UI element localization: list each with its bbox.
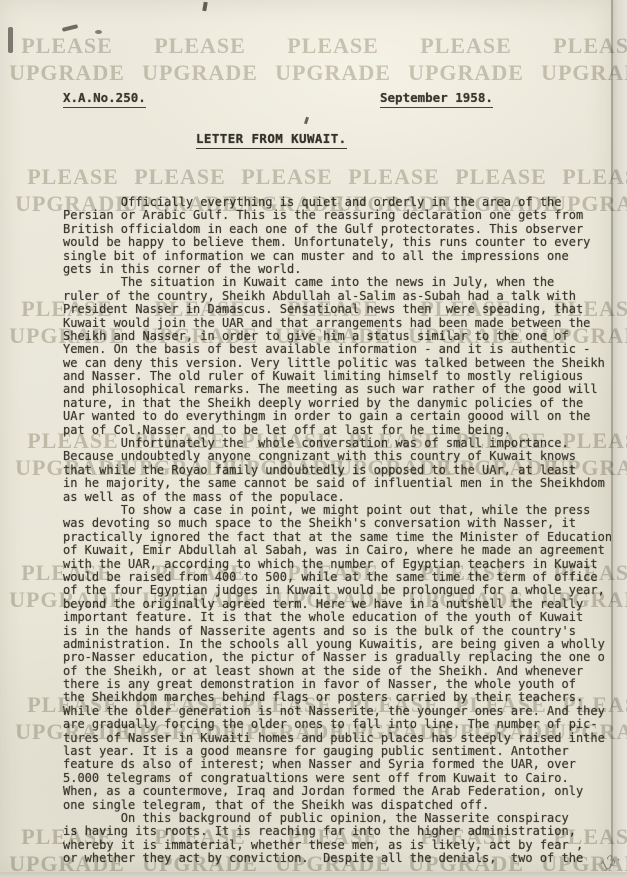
text-line: feature ds also of interest; when Nasser… bbox=[63, 758, 613, 771]
ink-dash-mark bbox=[62, 24, 78, 32]
text-line: is having its roots. It is reaching far … bbox=[63, 825, 613, 838]
stray-type-mark bbox=[304, 117, 309, 125]
text-line: is in the hands of Nasserite agents and … bbox=[63, 625, 613, 638]
text-line: Yemen. On the basis of best available in… bbox=[63, 343, 613, 356]
text-line: President Nasser in Damascus. Sensationa… bbox=[63, 303, 613, 316]
text-line: or whether they act by conviction. Despi… bbox=[63, 852, 613, 865]
document-body: Officially everything is quiet and order… bbox=[63, 196, 613, 866]
ink-smudge-mark bbox=[8, 27, 13, 53]
ink-dot-mark bbox=[95, 30, 102, 34]
text-line: as well as of the mass of the populace. bbox=[63, 491, 613, 504]
text-line: Kuwait would join the UAR and that arran… bbox=[63, 317, 613, 330]
title-row: LETTER FROM KUWAIT. bbox=[0, 131, 613, 149]
text-line: Persian or Arabic Gulf. This is the reas… bbox=[63, 209, 613, 222]
text-line: When, as a countermove, Iraq and Jordan … bbox=[63, 785, 613, 798]
text-line: would be happy to believe them. Unfortun… bbox=[63, 236, 613, 249]
text-line: was devoting so much space to the Sheikh… bbox=[63, 517, 613, 530]
text-line: of the four Egyptian judges in Kuwait wo… bbox=[63, 584, 613, 597]
text-line: pro-Nasser education, the pictur of Nass… bbox=[63, 651, 613, 664]
text-line: are gradually forcing the older ones to … bbox=[63, 718, 613, 731]
text-line: in he majority, the same cannot be said … bbox=[63, 477, 613, 490]
text-line: The situation in Kuwait came into the ne… bbox=[63, 276, 613, 289]
scanned-letter-page: { "page": { "ref_number": "X.A.No.250.",… bbox=[0, 0, 627, 878]
edge-speck-mark bbox=[202, 2, 208, 12]
text-line: tures of Nasser in Kuwaiti homes and pub… bbox=[63, 732, 613, 745]
scan-backing-bottom-edge bbox=[0, 872, 627, 878]
document-header: X.A.No.250. September 1958. bbox=[0, 90, 613, 108]
text-line: Because undoubtedly anyone congnizant wi… bbox=[63, 450, 613, 463]
text-line: and philosophical remarks. The meeting a… bbox=[63, 383, 613, 396]
document-title: LETTER FROM KUWAIT. bbox=[196, 131, 347, 149]
text-line: single bit of information we can muster … bbox=[63, 250, 613, 263]
document-date: September 1958. bbox=[380, 90, 493, 108]
scan-backing-right-edge bbox=[613, 0, 627, 878]
reference-number: X.A.No.250. bbox=[63, 90, 146, 108]
document-paper: X.A.No.250. September 1958. LETTER FROM … bbox=[0, 0, 613, 871]
text-line: of Kuwait, Emir Abdullah al Sabah, was i… bbox=[63, 544, 613, 557]
text-line: important feature. It is that the whole … bbox=[63, 611, 613, 624]
text-line: UAr wanted to do everythingm in order to… bbox=[63, 410, 613, 423]
text-line: with the UAR, according to which the num… bbox=[63, 558, 613, 571]
text-line: the Sheikhdom marches behind flags or po… bbox=[63, 691, 613, 704]
text-line: one single telegram, that of the Sheikh … bbox=[63, 799, 613, 812]
